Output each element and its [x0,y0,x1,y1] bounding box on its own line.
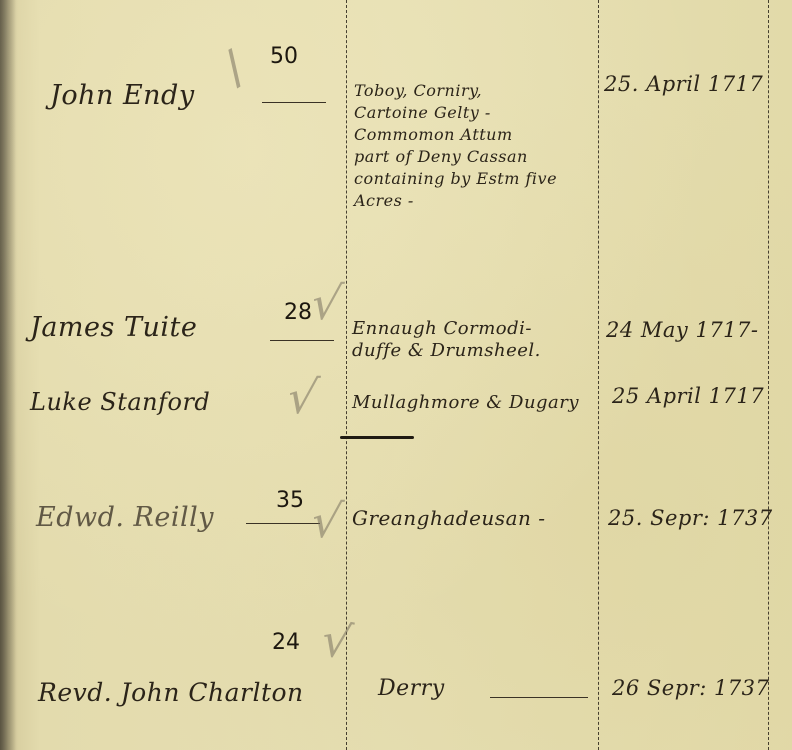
dash-separator [262,102,326,103]
entry-denomination: Mullaghmore & Dugary [352,392,579,414]
entry-date: 26 Sepr: 1737 [612,676,769,700]
entry-date: 24 May 1717- [606,318,759,342]
column-rule-date [598,0,599,750]
denomination-line: part of Deny Cassan [354,146,557,168]
entry-name: John Endy [50,80,195,111]
entry-number: 24 [272,630,300,655]
entry-denomination: Derry [378,676,445,701]
entry-denomination: Greanghadeusan - [352,506,546,530]
denomination-line: Acres - [354,190,557,212]
entry-date: 25. April 1717 [604,72,763,96]
denomination-line: duffe & Drumsheel. [352,340,541,362]
denomination-line: Cartoine Gelty - [354,102,557,124]
denomination-line: containing by Estm five [354,168,557,190]
entry-name: Luke Stanford [30,388,210,416]
page-binding-shadow [0,0,16,750]
dash-separator [270,340,334,341]
dash-separator [246,523,320,524]
dash-separator [490,697,588,698]
ink-strike-mark [340,436,414,439]
entry-date: 25 April 1717 [612,384,764,408]
column-rule-right [768,0,769,750]
denomination-line: Commomon Attum [354,124,557,146]
entry-name: James Tuite [30,312,197,343]
entry-name: Revd. John Charlton [38,678,304,707]
entry-name: Edwd. Reilly [36,502,214,533]
denomination-line: Toboy, Corniry, [354,80,557,102]
entry-date: 25. Sepr: 1737 [608,506,773,530]
entry-denomination: Ennaugh Cormodi- duffe & Drumsheel. [352,318,541,362]
entry-number: 50 [270,44,298,69]
entry-number: 35 [276,488,304,513]
denomination-line: Ennaugh Cormodi- [352,318,541,340]
entry-denomination: Toboy, Corniry, Cartoine Gelty - Commomo… [354,80,557,212]
denomination-line: Mullaghmore & Dugary [352,392,579,414]
